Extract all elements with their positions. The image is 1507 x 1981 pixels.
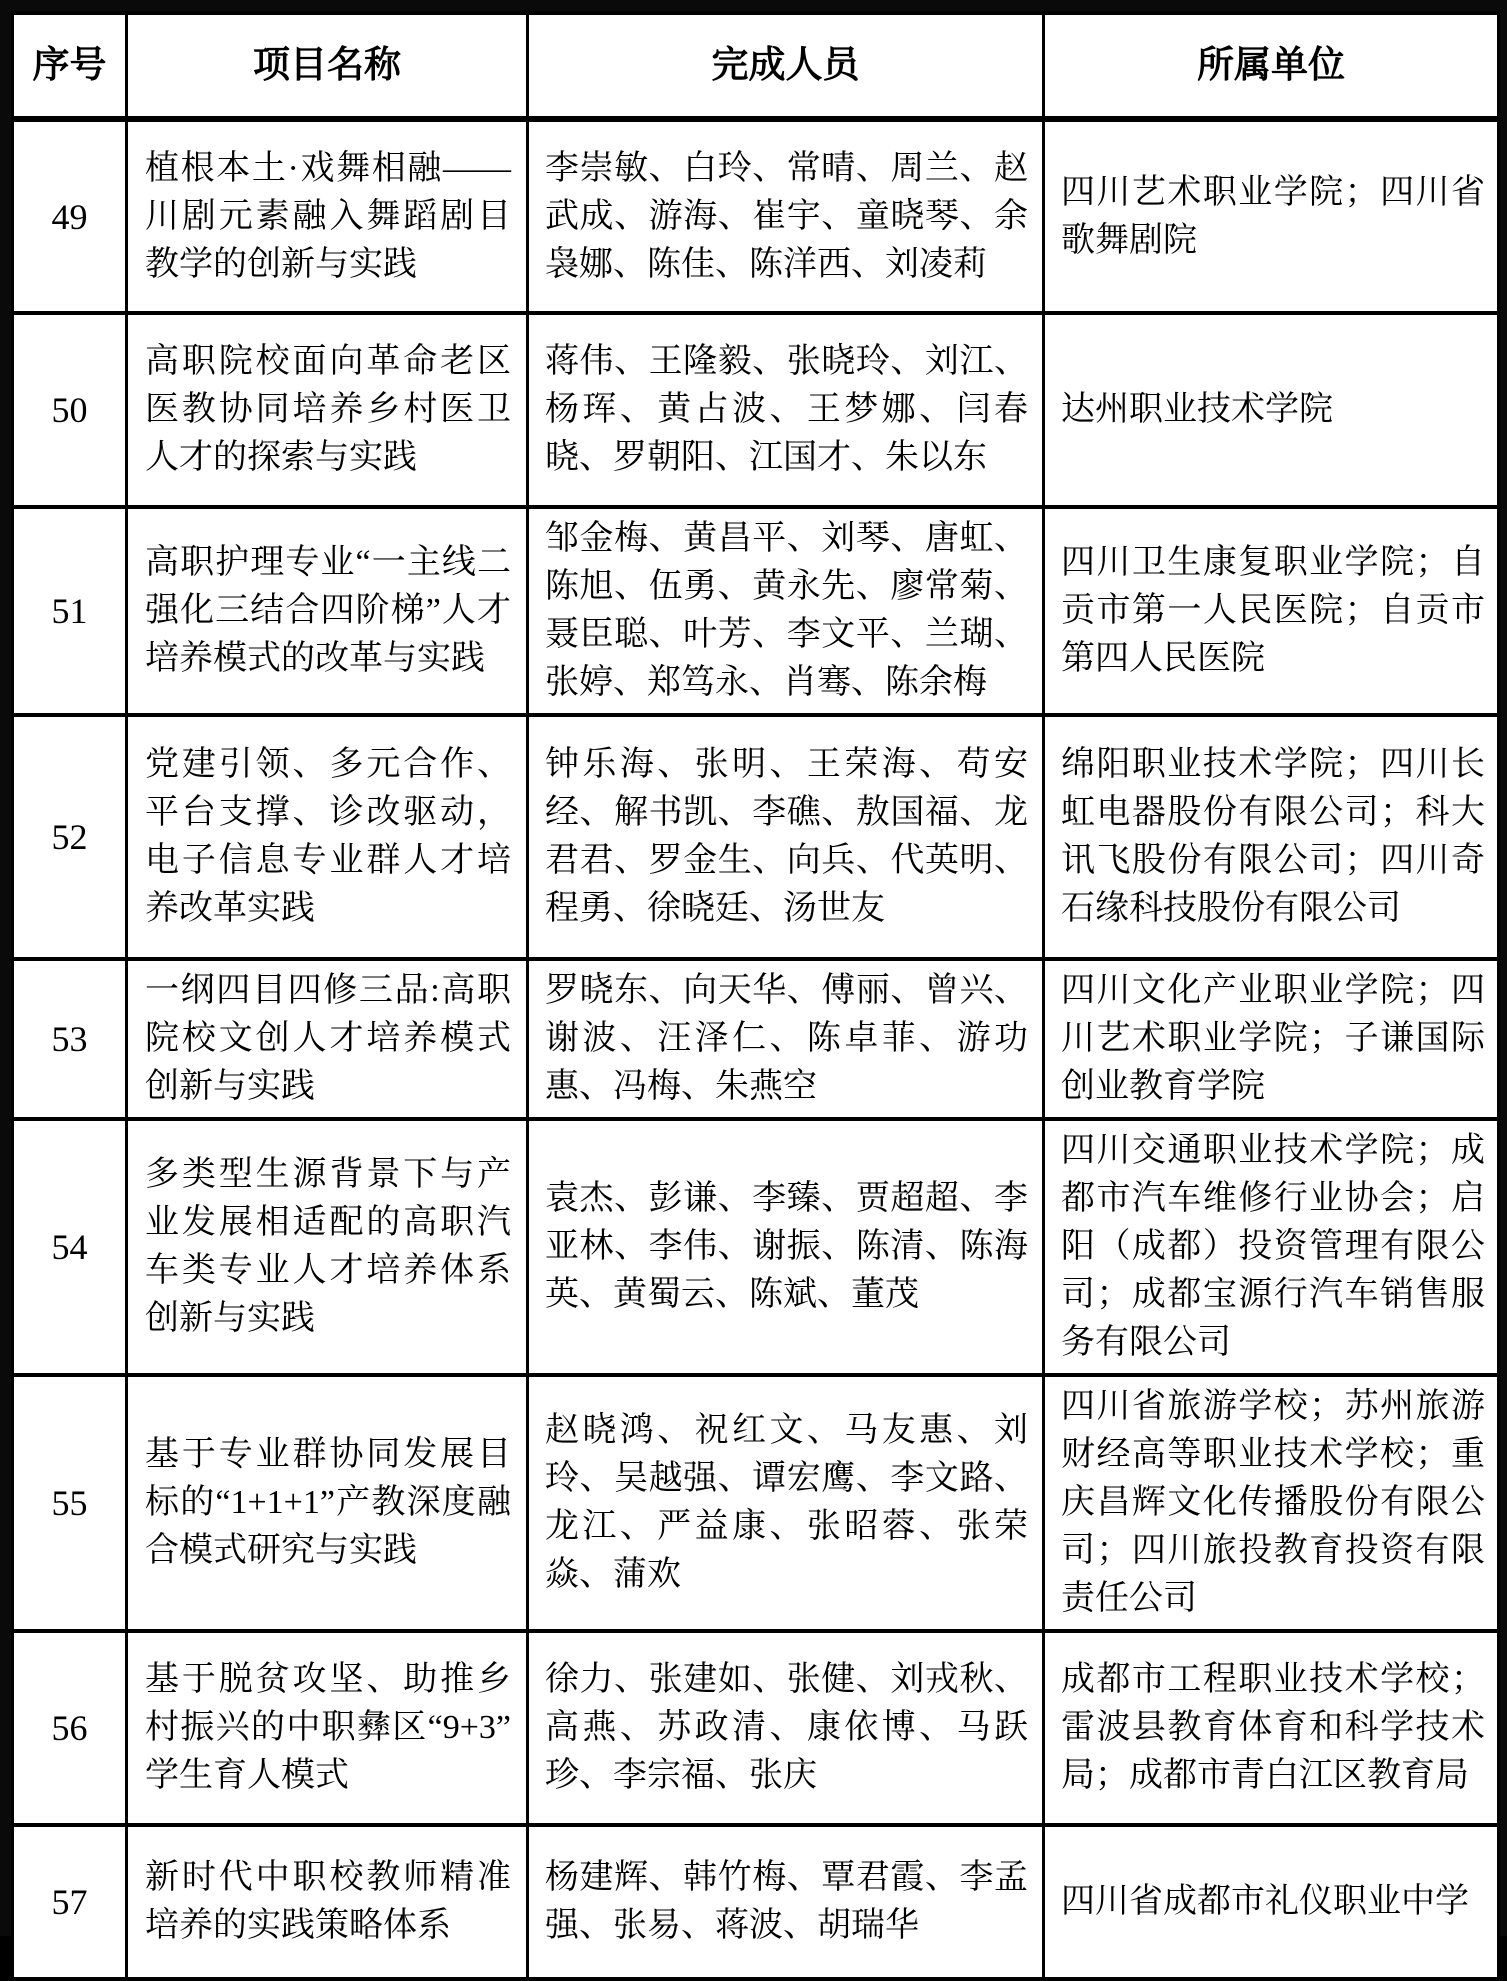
project-award-table: 序号 项目名称 完成人员 所属单位 49 植根本土·戏舞相融——川剧元素融入舞蹈…	[11, 11, 1500, 1981]
cell-unit: 四川艺术职业学院；四川省歌舞剧院	[1044, 119, 1499, 313]
table-row: 57 新时代中职校教师精准培养的实践策略体系 杨建辉、韩竹梅、覃君霞、李孟强、张…	[13, 1825, 1499, 1979]
cell-personnel: 袁杰、彭谦、李臻、贾超超、李亚林、李伟、谢振、陈清、陈海英、黄蜀云、陈斌、董茂	[528, 1119, 1044, 1375]
cell-personnel: 赵晓鸿、祝红文、马友惠、刘玲、吴越强、谭宏鹰、李文路、龙江、严益康、张昭蓉、张荣…	[528, 1375, 1044, 1631]
cell-serial-number: 54	[13, 1119, 127, 1375]
cell-project-name: 一纲四目四修三品:高职院校文创人才培养模式创新与实践	[127, 959, 528, 1119]
cell-serial-number: 56	[13, 1631, 127, 1825]
table-row: 56 基于脱贫攻坚、助推乡村振兴的中职彝区“9+3”学生育人模式 徐力、张建如、…	[13, 1631, 1499, 1825]
cell-unit: 成都市工程职业技术学校；雷波县教育体育和科学技术局；成都市青白江区教育局	[1044, 1631, 1499, 1825]
cell-personnel: 杨建辉、韩竹梅、覃君霞、李孟强、张易、蒋波、胡瑞华	[528, 1825, 1044, 1979]
cell-serial-number: 49	[13, 119, 127, 313]
table-row: 50 高职院校面向革命老区医教协同培养乡村医卫人才的探索与实践 蒋伟、王隆毅、张…	[13, 313, 1499, 507]
cell-project-name: 高职院校面向革命老区医教协同培养乡村医卫人才的探索与实践	[127, 313, 528, 507]
cell-unit: 四川交通职业技术学院；成都市汽车维修行业协会；启阳（成都）投资管理有限公司；成都…	[1044, 1119, 1499, 1375]
cell-serial-number: 55	[13, 1375, 127, 1631]
column-header-personnel: 完成人员	[528, 13, 1044, 119]
column-header-unit: 所属单位	[1044, 13, 1499, 119]
cell-unit: 绵阳职业技术学院；四川长虹电器股份有限公司；科大讯飞股份有限公司；四川奇石缘科技…	[1044, 715, 1499, 959]
cell-unit: 达州职业技术学院	[1044, 313, 1499, 507]
cell-serial-number: 51	[13, 507, 127, 715]
table-header-row: 序号 项目名称 完成人员 所属单位	[13, 13, 1499, 119]
cell-project-name: 植根本土·戏舞相融——川剧元素融入舞蹈剧目教学的创新与实践	[127, 119, 528, 313]
cell-personnel: 邹金梅、黄昌平、刘琴、唐虹、陈旭、伍勇、黄永先、廖常菊、聂臣聪、叶芳、李文平、兰…	[528, 507, 1044, 715]
cell-serial-number: 52	[13, 715, 127, 959]
cell-project-name: 党建引领、多元合作、平台支撑、诊改驱动，电子信息专业群人才培养改革实践	[127, 715, 528, 959]
table-row: 55 基于专业群协同发展目标的“1+1+1”产教深度融合模式研究与实践 赵晓鸿、…	[13, 1375, 1499, 1631]
document-page: 序号 项目名称 完成人员 所属单位 49 植根本土·戏舞相融——川剧元素融入舞蹈…	[0, 0, 1507, 1936]
table-row: 52 党建引领、多元合作、平台支撑、诊改驱动，电子信息专业群人才培养改革实践 钟…	[13, 715, 1499, 959]
cell-project-name: 基于脱贫攻坚、助推乡村振兴的中职彝区“9+3”学生育人模式	[127, 1631, 528, 1825]
cell-unit: 四川省旅游学校；苏州旅游财经高等职业技术学校；重庆昌辉文化传播股份有限公司；四川…	[1044, 1375, 1499, 1631]
cell-project-name: 基于专业群协同发展目标的“1+1+1”产教深度融合模式研究与实践	[127, 1375, 528, 1631]
cell-serial-number: 50	[13, 313, 127, 507]
column-header-project: 项目名称	[127, 13, 528, 119]
cell-unit: 四川文化产业职业学院；四川艺术职业学院；子谦国际创业教育学院	[1044, 959, 1499, 1119]
table-row: 49 植根本土·戏舞相融——川剧元素融入舞蹈剧目教学的创新与实践 李崇敏、白玲、…	[13, 119, 1499, 313]
cell-personnel: 李崇敏、白玲、常晴、周兰、赵武成、游海、崔宇、童晓琴、余袅娜、陈佳、陈洋西、刘凌…	[528, 119, 1044, 313]
cell-project-name: 高职护理专业“一主线二强化三结合四阶梯”人才培养模式的改革与实践	[127, 507, 528, 715]
table-row: 51 高职护理专业“一主线二强化三结合四阶梯”人才培养模式的改革与实践 邹金梅、…	[13, 507, 1499, 715]
cell-project-name: 新时代中职校教师精准培养的实践策略体系	[127, 1825, 528, 1979]
cell-project-name: 多类型生源背景下与产业发展相适配的高职汽车类专业人才培养体系创新与实践	[127, 1119, 528, 1375]
cell-unit: 四川省成都市礼仪职业中学	[1044, 1825, 1499, 1979]
table-row: 54 多类型生源背景下与产业发展相适配的高职汽车类专业人才培养体系创新与实践 袁…	[13, 1119, 1499, 1375]
table-row: 53 一纲四目四修三品:高职院校文创人才培养模式创新与实践 罗晓东、向天华、傅丽…	[13, 959, 1499, 1119]
cell-serial-number: 53	[13, 959, 127, 1119]
cell-personnel: 徐力、张建如、张健、刘戎秋、高燕、苏政清、康依博、马跃珍、李宗福、张庆	[528, 1631, 1044, 1825]
cell-personnel: 罗晓东、向天华、傅丽、曾兴、谢波、汪泽仁、陈卓菲、游功惠、冯梅、朱燕空	[528, 959, 1044, 1119]
cell-personnel: 钟乐海、张明、王荣海、苟安经、解书凯、李礁、敖国福、龙君君、罗金生、向兵、代英明…	[528, 715, 1044, 959]
column-header-no: 序号	[13, 13, 127, 119]
cell-unit: 四川卫生康复职业学院；自贡市第一人民医院；自贡市第四人民医院	[1044, 507, 1499, 715]
cell-serial-number: 57	[13, 1825, 127, 1979]
cell-personnel: 蒋伟、王隆毅、张晓玲、刘江、杨珲、黄占波、王梦娜、闫春晓、罗朝阳、江国才、朱以东	[528, 313, 1044, 507]
